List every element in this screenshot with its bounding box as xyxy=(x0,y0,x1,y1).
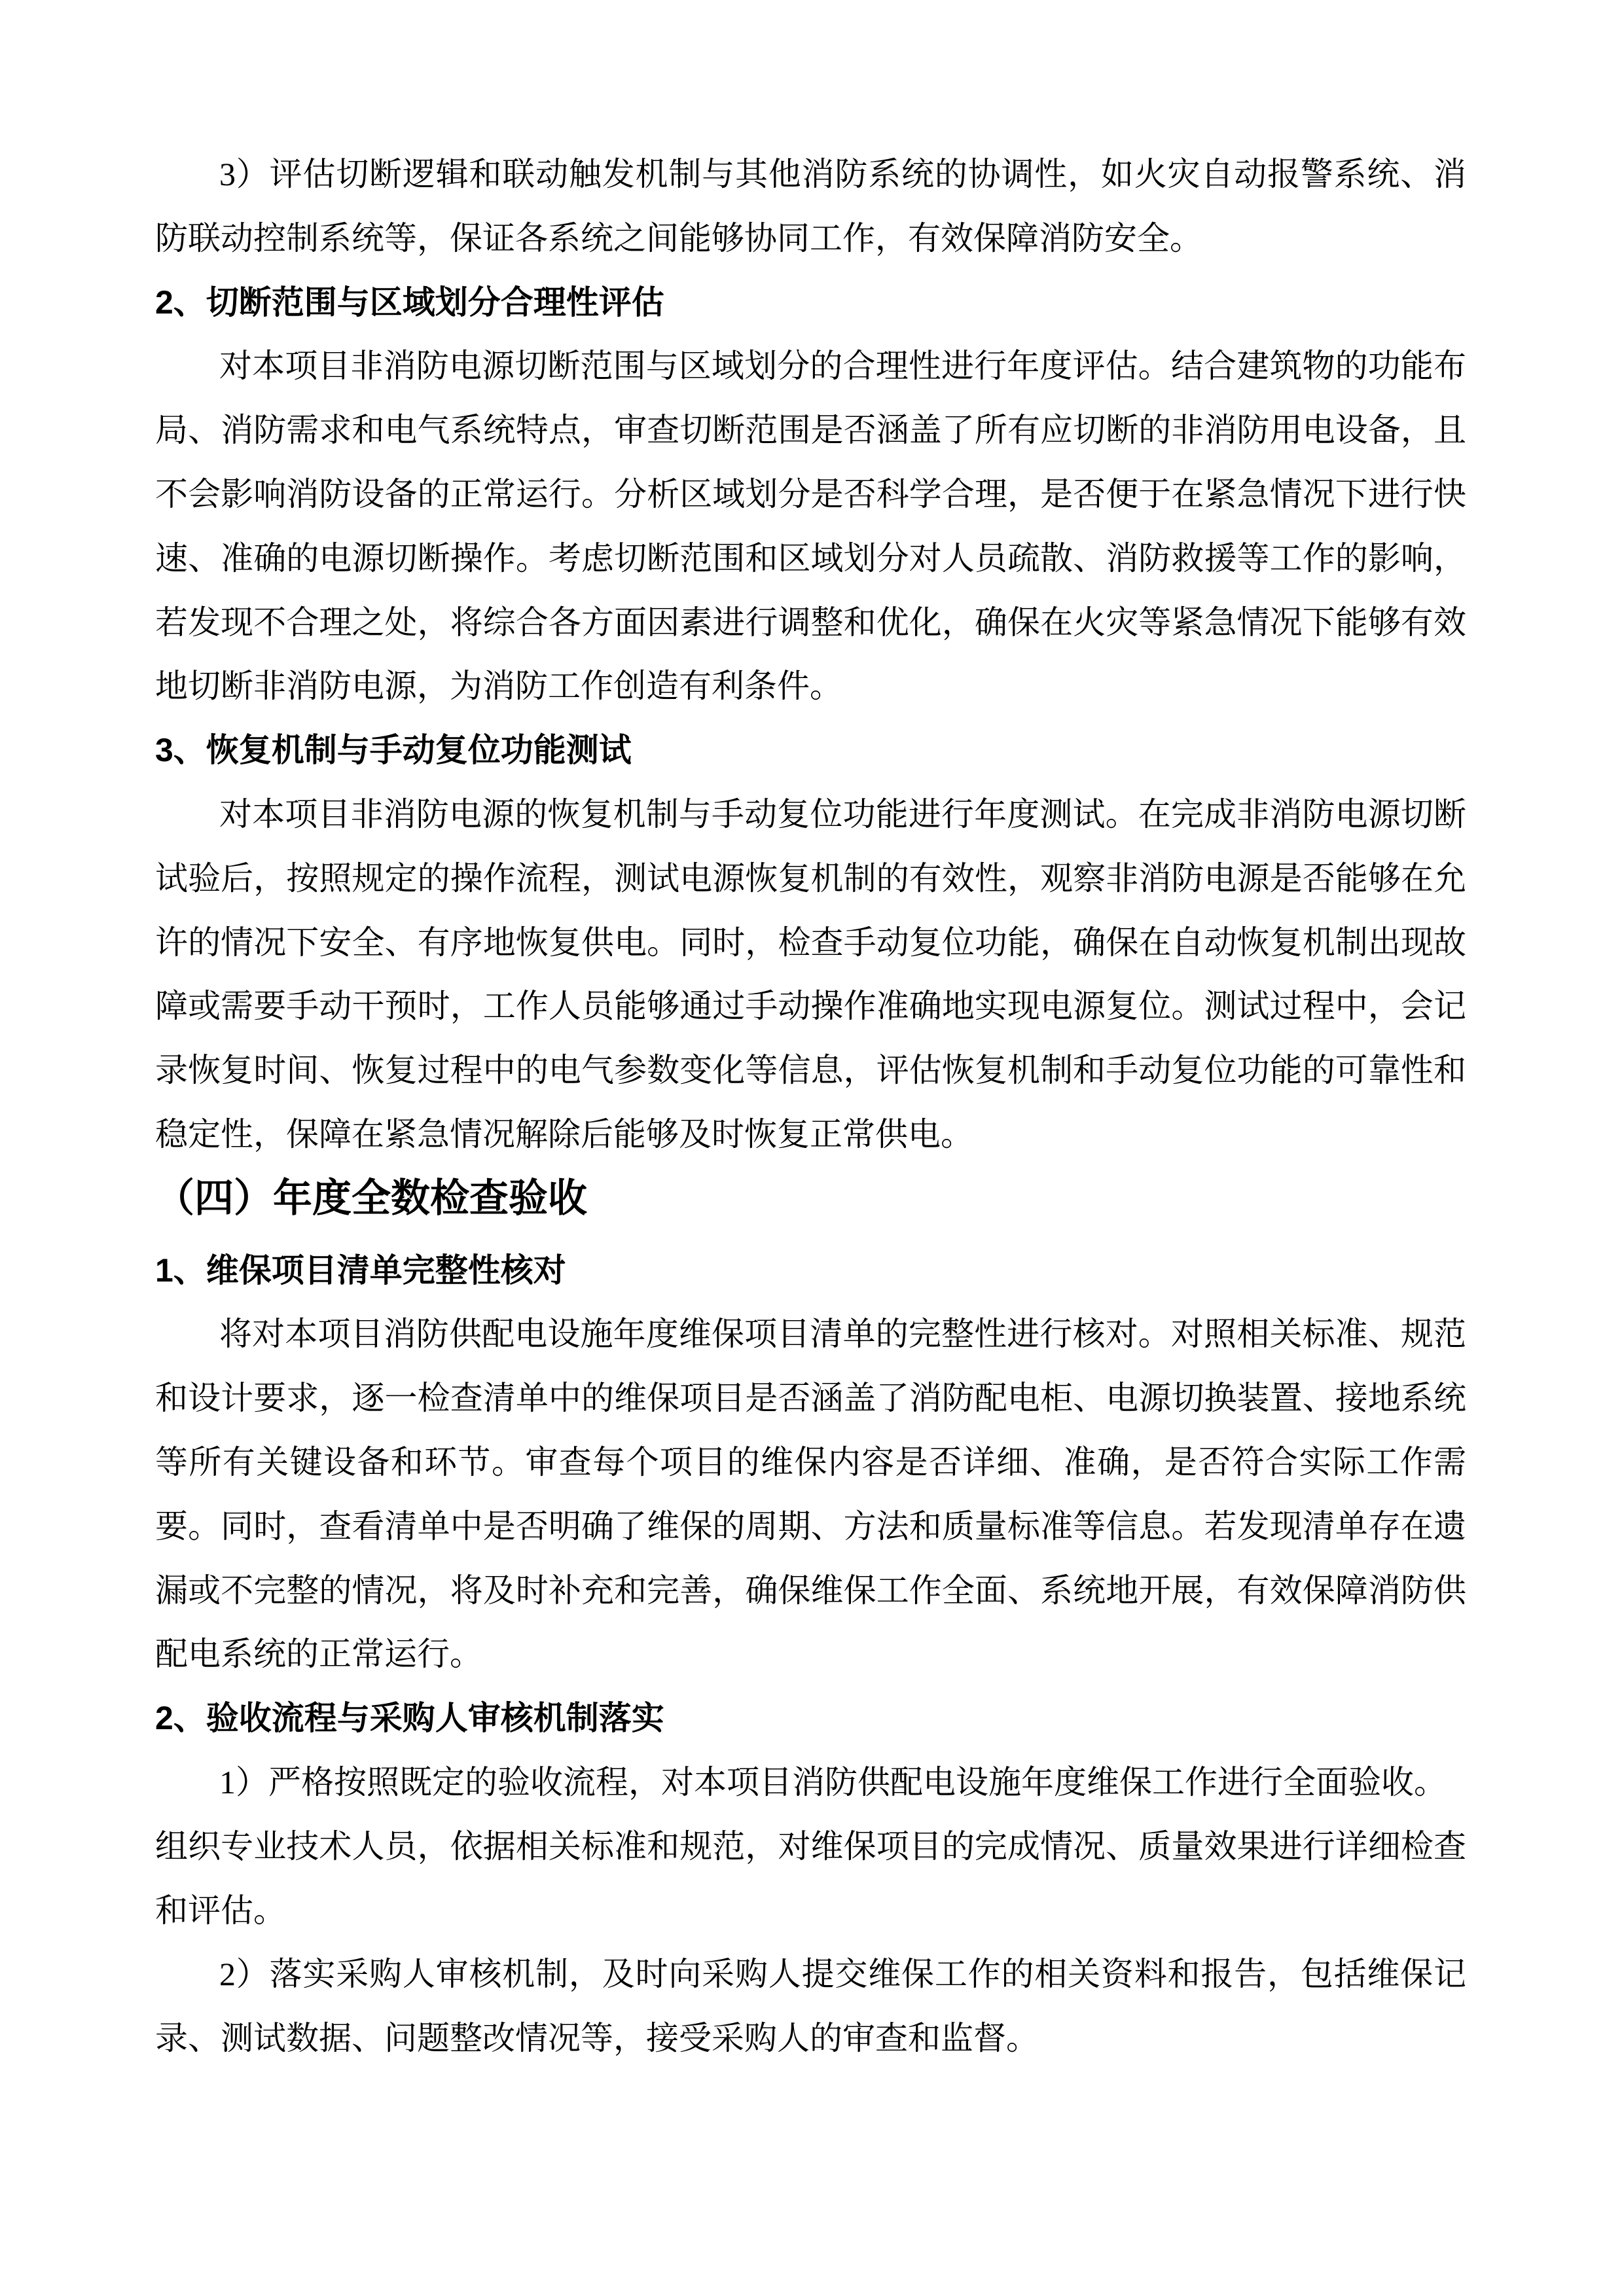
text-line: 和设计要求，逐一检查清单中的维保项目是否涵盖了消防配电柜、电源切换装置、接地系统 xyxy=(155,1367,1466,1431)
text-line: 将对本项目消防供配电设施年度维保项目清单的完整性进行核对。对照相关标准、规范 xyxy=(155,1302,1466,1367)
text-line: 若发现不合理之处，将综合各方面因素进行调整和优化，确保在火灾等紧急情况下能够有效 xyxy=(155,591,1466,655)
section-heading: （四）年度全数检查验收 xyxy=(155,1167,1466,1231)
text-line: 漏或不完整的情况，将及时补充和完善，确保维保工作全面、系统地开展，有效保障消防供 xyxy=(155,1559,1466,1623)
page-content: 3）评估切断逻辑和联动触发机制与其他消防系统的协调性，如火灾自动报警系统、消 防… xyxy=(155,143,1466,2071)
text-line: 配电系统的正常运行。 xyxy=(155,1623,1466,1687)
text-line: 和评估。 xyxy=(155,1879,1466,1943)
text-line: 障或需要手动干预时，工作人员能够通过手动操作准确地实现电源复位。测试过程中，会记 xyxy=(155,975,1466,1039)
text-line: 等所有关键设备和环节。审查每个项目的维保内容是否详细、准确，是否符合实际工作需 xyxy=(155,1431,1466,1495)
sub-heading: 3、恢复机制与手动复位功能测试 xyxy=(155,719,1466,783)
text-line: 防联动控制系统等，保证各系统之间能够协同工作，有效保障消防安全。 xyxy=(155,207,1466,271)
text-line: 1）严格按照既定的验收流程，对本项目消防供配电设施年度维保工作进行全面验收。 xyxy=(155,1751,1466,1815)
text-line: 不会影响消防设备的正常运行。分析区域划分是否科学合理，是否便于在紧急情况下进行快 xyxy=(155,463,1466,527)
text-line: 录恢复时间、恢复过程中的电气参数变化等信息，评估恢复机制和手动复位功能的可靠性和 xyxy=(155,1039,1466,1103)
text-line: 许的情况下安全、有序地恢复供电。同时，检查手动复位功能，确保在自动恢复机制出现故 xyxy=(155,911,1466,975)
sub-heading: 2、验收流程与采购人审核机制落实 xyxy=(155,1687,1466,1751)
document-page: 3）评估切断逻辑和联动触发机制与其他消防系统的协调性，如火灾自动报警系统、消 防… xyxy=(0,0,1624,2296)
text-line: 3）评估切断逻辑和联动触发机制与其他消防系统的协调性，如火灾自动报警系统、消 xyxy=(155,143,1466,207)
text-line: 要。同时，查看清单中是否明确了维保的周期、方法和质量标准等信息。若发现清单存在遗 xyxy=(155,1495,1466,1559)
text-line: 对本项目非消防电源切断范围与区域划分的合理性进行年度评估。结合建筑物的功能布 xyxy=(155,334,1466,399)
text-line: 组织专业技术人员，依据相关标准和规范，对维保项目的完成情况、质量效果进行详细检查 xyxy=(155,1815,1466,1879)
text-line: 局、消防需求和电气系统特点，审查切断范围是否涵盖了所有应切断的非消防用电设备，且 xyxy=(155,399,1466,463)
text-line: 稳定性，保障在紧急情况解除后能够及时恢复正常供电。 xyxy=(155,1103,1466,1167)
text-line: 录、测试数据、问题整改情况等，接受采购人的审查和监督。 xyxy=(155,2007,1466,2071)
text-line: 对本项目非消防电源的恢复机制与手动复位功能进行年度测试。在完成非消防电源切断 xyxy=(155,783,1466,847)
sub-heading: 1、维保项目清单完整性核对 xyxy=(155,1239,1466,1303)
text-line: 地切断非消防电源，为消防工作创造有利条件。 xyxy=(155,655,1466,719)
text-line: 速、准确的电源切断操作。考虑切断范围和区域划分对人员疏散、消防救援等工作的影响， xyxy=(155,527,1466,591)
text-line: 2）落实采购人审核机制，及时向采购人提交维保工作的相关资料和报告，包括维保记 xyxy=(155,1943,1466,2007)
sub-heading: 2、切断范围与区域划分合理性评估 xyxy=(155,271,1466,335)
text-line: 试验后，按照规定的操作流程，测试电源恢复机制的有效性，观察非消防电源是否能够在允 xyxy=(155,847,1466,911)
